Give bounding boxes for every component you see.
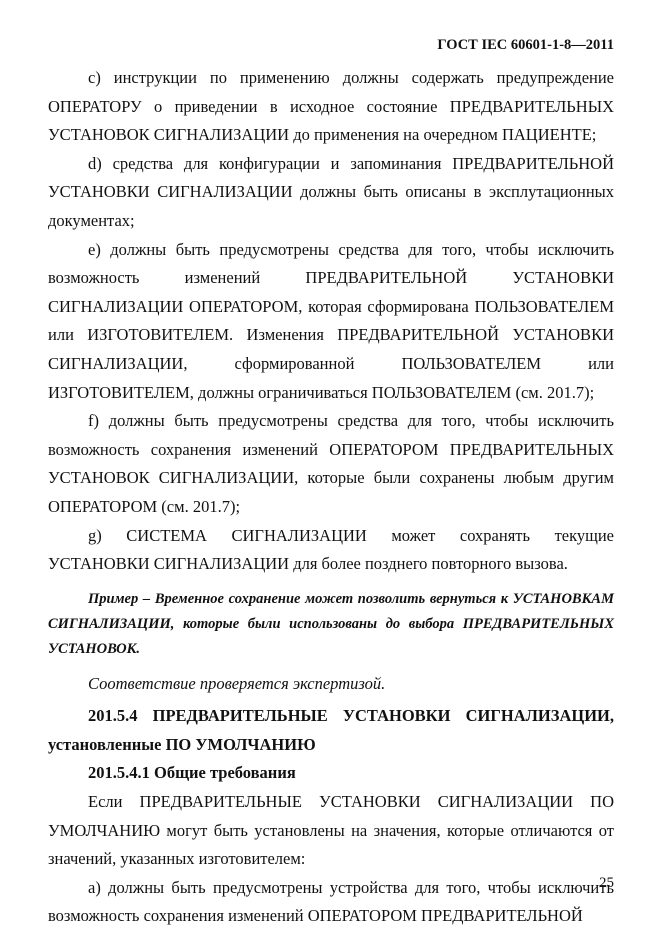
- paragraph-item-e: e) должны быть предусмотрены средства дл…: [48, 236, 614, 408]
- paragraph-item-g: g) СИСТЕМА СИГНАЛИЗАЦИИ может сохранять …: [48, 522, 614, 579]
- conformance-statement: Соответствие проверяется экспертизой.: [48, 670, 614, 699]
- document-id-header: ГОСТ IEC 60601-1-8—2011: [437, 37, 614, 54]
- section-heading-201-5-4: 201.5.4 ПРЕДВАРИТЕЛЬНЫЕ УСТАНОВКИ СИГНАЛ…: [48, 702, 614, 759]
- page-number: 25: [599, 875, 614, 892]
- paragraph-item-f: f) должны быть предусмотрены средства дл…: [48, 407, 614, 521]
- document-body: c) инструкции по применению должны содер…: [48, 64, 614, 931]
- paragraph-item-a: a) должны быть предусмотрены устройства …: [48, 874, 614, 931]
- paragraph-item-d: d) средства для конфигурации и запоминан…: [48, 150, 614, 236]
- paragraph-item-c: c) инструкции по применению должны содер…: [48, 64, 614, 150]
- example-note: Пример – Временное сохранение может позв…: [48, 587, 614, 662]
- paragraph-if-default: Если ПРЕДВАРИТЕЛЬНЫЕ УСТАНОВКИ СИГНАЛИЗА…: [48, 788, 614, 874]
- section-heading-201-5-4-1: 201.5.4.1 Общие требования: [48, 759, 614, 788]
